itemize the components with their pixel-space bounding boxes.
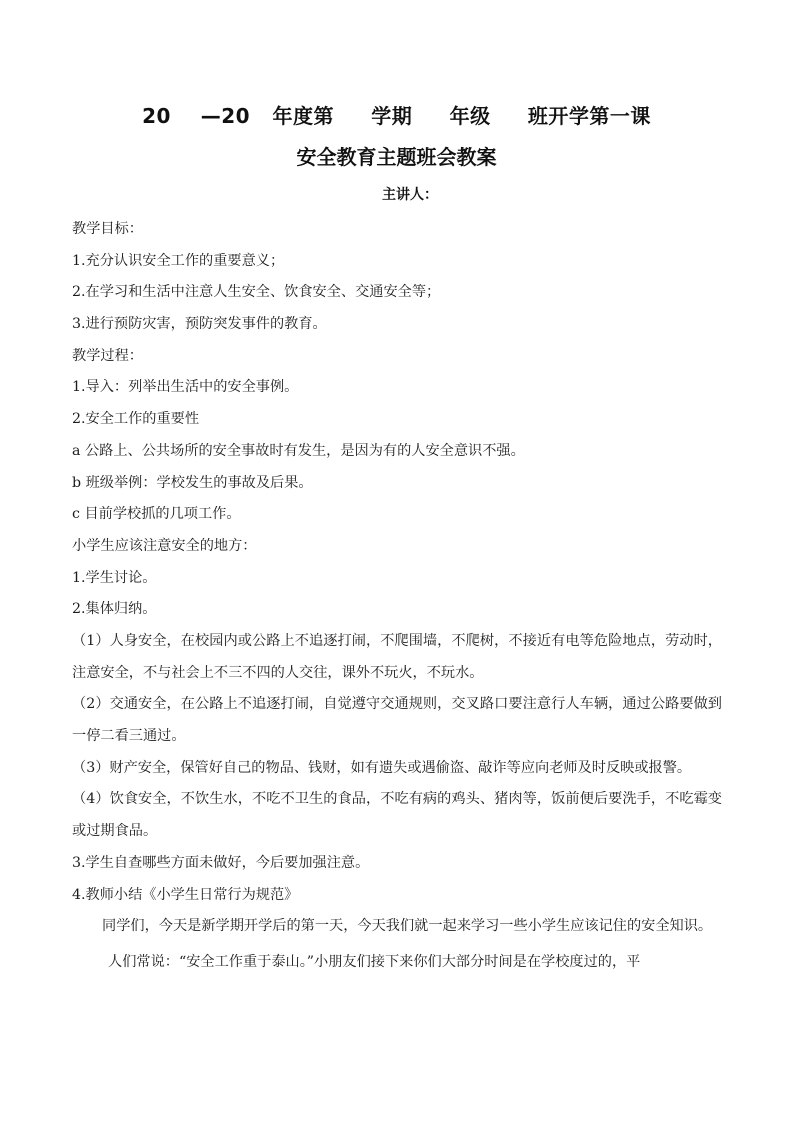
process-subitem: a 公路上、公共场所的安全事故时有发生，是因为有的人安全意识不强。: [72, 436, 722, 468]
goal-item: 2.在学习和生活中注意人生安全、饮食安全、交通安全等；: [72, 277, 722, 309]
goals-heading: 教学目标：: [72, 214, 722, 246]
safety-item-property: （3）财产安全，保管好自己的物品、钱财，如有遗失或遇偷盗、敲诈等应向老师及时反映…: [72, 753, 722, 785]
process-subitem: c 目前学校抓的几项工作。: [72, 499, 722, 531]
process-item: 2.安全工作的重要性: [72, 404, 722, 436]
document-title-line-2: 安全教育主题班会教案: [0, 145, 793, 169]
document-page: 20 —20 年度第 学期 年级 班开学第一课 安全教育主题班会教案 主讲人： …: [0, 0, 793, 1122]
safety-item-traffic: （2）交通安全，在公路上不追逐打闹，自觉遵守交通规则，交叉路口要注意行人车辆，通…: [72, 689, 722, 752]
goal-item: 1.充分认识安全工作的重要意义；: [72, 246, 722, 278]
safety-item-personal: （1）人身安全，在校园内或公路上不追逐打闹，不爬围墙，不爬树，不接近有电等危险地…: [72, 626, 722, 689]
document-title-line-1: 20 —20 年度第 学期 年级 班开学第一课: [0, 104, 793, 128]
process-heading: 教学过程：: [72, 341, 722, 373]
process-subitem: b 班级举例：学校发生的事故及后果。: [72, 468, 722, 500]
places-step: 2.集体归纳。: [72, 594, 722, 626]
intro-paragraph: 同学们，今天是新学期开学后的第一天，今天我们就一起来学习一些小学生应该记住的安全…: [72, 911, 722, 943]
document-body: 教学目标： 1.充分认识安全工作的重要意义； 2.在学习和生活中注意人生安全、饮…: [72, 214, 722, 979]
closing-step: 3.学生自查哪些方面未做好，今后要加强注意。: [72, 848, 722, 880]
places-heading: 小学生应该注意安全的地方：: [72, 531, 722, 563]
places-step: 1.学生讨论。: [72, 563, 722, 595]
quote-paragraph: 人们常说：“安全工作重于泰山。”小朋友们接下来你们大部分时间是在学校度过的，平: [72, 947, 722, 979]
goal-item: 3.进行预防灾害，预防突发事件的教育。: [72, 309, 722, 341]
speaker-label: 主讲人：: [382, 185, 438, 205]
closing-step: 4.教师小结《小学生日常行为规范》: [72, 880, 722, 912]
safety-item-food: （4）饮食安全，不饮生水，不吃不卫生的食品，不吃有病的鸡头、猪肉等，饭前便后要洗…: [72, 784, 722, 847]
process-item: 1.导入：列举出生活中的安全事例。: [72, 372, 722, 404]
